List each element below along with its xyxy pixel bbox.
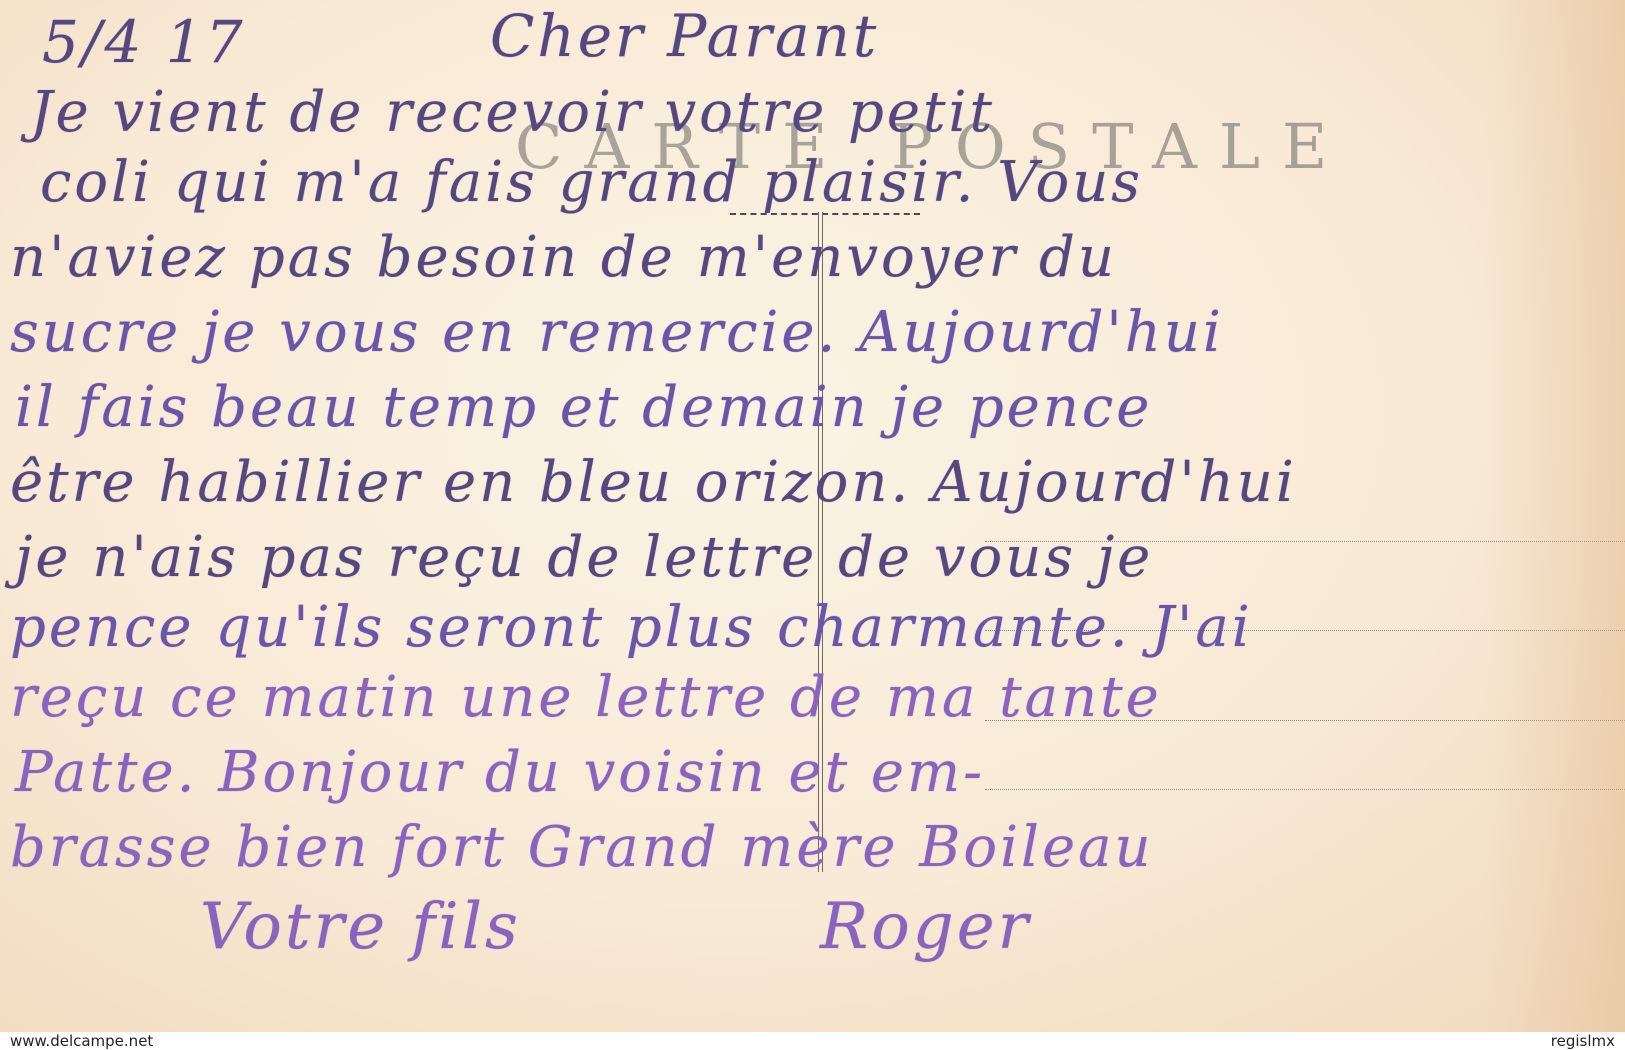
letter-line: coli qui m'a fais grand plaisir. Vous	[40, 150, 1143, 215]
letter-line: sucre je vous en remercie. Aujourd'hui	[10, 300, 1224, 365]
letter-line: je n'ais pas reçu de lettre de vous je	[15, 525, 1153, 590]
watermark-delcampe: www.delcampe.net	[10, 1032, 153, 1050]
letter-line: brasse bien fort Grand mère Boileau	[10, 815, 1154, 880]
closing: Votre fils	[200, 890, 521, 964]
letter-line: n'aviez pas besoin de m'envoyer du	[10, 225, 1117, 290]
address-line	[985, 789, 1625, 790]
letter-line: il fais beau temp et demain je pence	[15, 375, 1152, 440]
date: 5/4 17	[42, 8, 246, 76]
letter-line: être habillier en bleu orizon. Aujourd'h…	[10, 450, 1297, 515]
letter-line: Patte. Bonjour du voisin et em-	[15, 740, 985, 805]
letter-line: pence qu'ils seront plus charmante. J'ai	[10, 595, 1253, 660]
letter-line: reçu ce matin une lettre de ma tante	[10, 665, 1162, 730]
greeting: Cher Parant	[490, 2, 879, 70]
postcard: CARTE POSTALE 5/4 17 Cher Parant Je vien…	[0, 0, 1625, 1032]
letter-line: Je vient de recevoir votre petit	[30, 80, 995, 145]
watermark-regislmx: regislmx	[1551, 1032, 1615, 1050]
signature: Roger	[820, 890, 1031, 964]
